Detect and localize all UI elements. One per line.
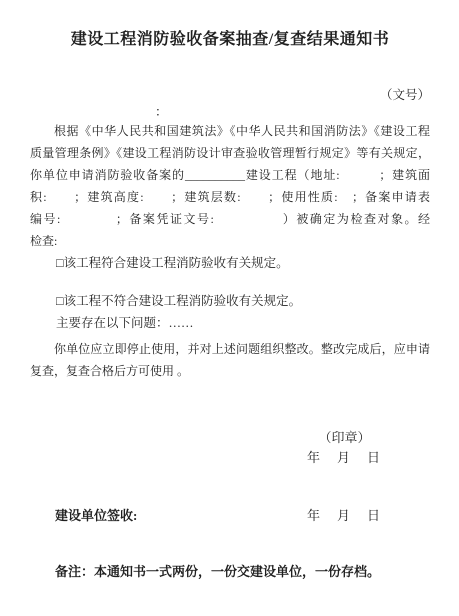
checkbox-noncompliant-icon[interactable]: □ [56,294,64,308]
instruction-paragraph: 你单位应立即停止使用，并对上述问题组织整改。整改完成后，应申请 复查，复查合格后… [30,338,430,382]
option-noncompliant-label: 该工程不符合建设工程消防验收有关规定。 [64,294,302,308]
seal-date-line: 年 月 日 [307,448,382,468]
signoff-row: 建设单位签收: 年 月 日 [30,506,430,526]
option-noncompliant: □该工程不符合建设工程消防验收有关规定。 [30,290,430,312]
instruction-paragraph-line: 复查，复查合格后方可使用 。 [30,360,430,382]
seal-placeholder: （印章） [307,428,382,448]
document-title: 建设工程消防验收备案抽查/复查结果通知书 [30,28,430,52]
instruction-paragraph-line: 你单位应立即停止使用，并对上述问题组织整改。整改完成后，应申请 [30,338,430,360]
notice-document: 建设工程消防验收备案抽查/复查结果通知书 （文号） ： 根据《中华人民共和国建筑… [0,0,459,616]
note-line: 备注：本通知书一式两份，一份交建设单位，一份存档。 [30,562,430,582]
intro-paragraph: 根据《中华人民共和国建筑法》《中华人民共和国消防法》《建设工程 质量管理条例》《… [30,120,430,252]
intro-paragraph-line: 你单位申请消防验收备案的__________建设工程（地址: ；建筑面 [30,164,430,186]
signoff-label: 建设单位签收: [55,506,137,526]
problems-line: 主要存在以下问题：…… [30,312,430,334]
intro-paragraph-line: 检查: [30,230,430,252]
intro-paragraph-line: 编号: ；备案凭证文号: ）被确定为检查对象。经 [30,208,430,230]
intro-paragraph-line: 根据《中华人民共和国建筑法》《中华人民共和国消防法》《建设工程 [30,120,430,142]
option-compliant: □该工程符合建设工程消防验收有关规定。 [30,252,430,274]
seal-block: （印章） 年 月 日 [307,428,382,468]
option-compliant-label: 该工程符合建设工程消防验收有关规定。 [64,256,289,270]
doc-number-placeholder: （文号） [30,86,430,104]
intro-paragraph-line: 质量管理条例》《建设工程消防设计审查验收管理暂行规定》等有关规定， [30,142,430,164]
signoff-date-line: 年 月 日 [307,506,382,526]
addressee-line: ： [30,104,430,120]
checkbox-compliant-icon[interactable]: □ [56,256,64,270]
intro-paragraph-line: 积: ；建筑高度: ；建筑层数: ；使用性质: ；备案申请表 [30,186,430,208]
